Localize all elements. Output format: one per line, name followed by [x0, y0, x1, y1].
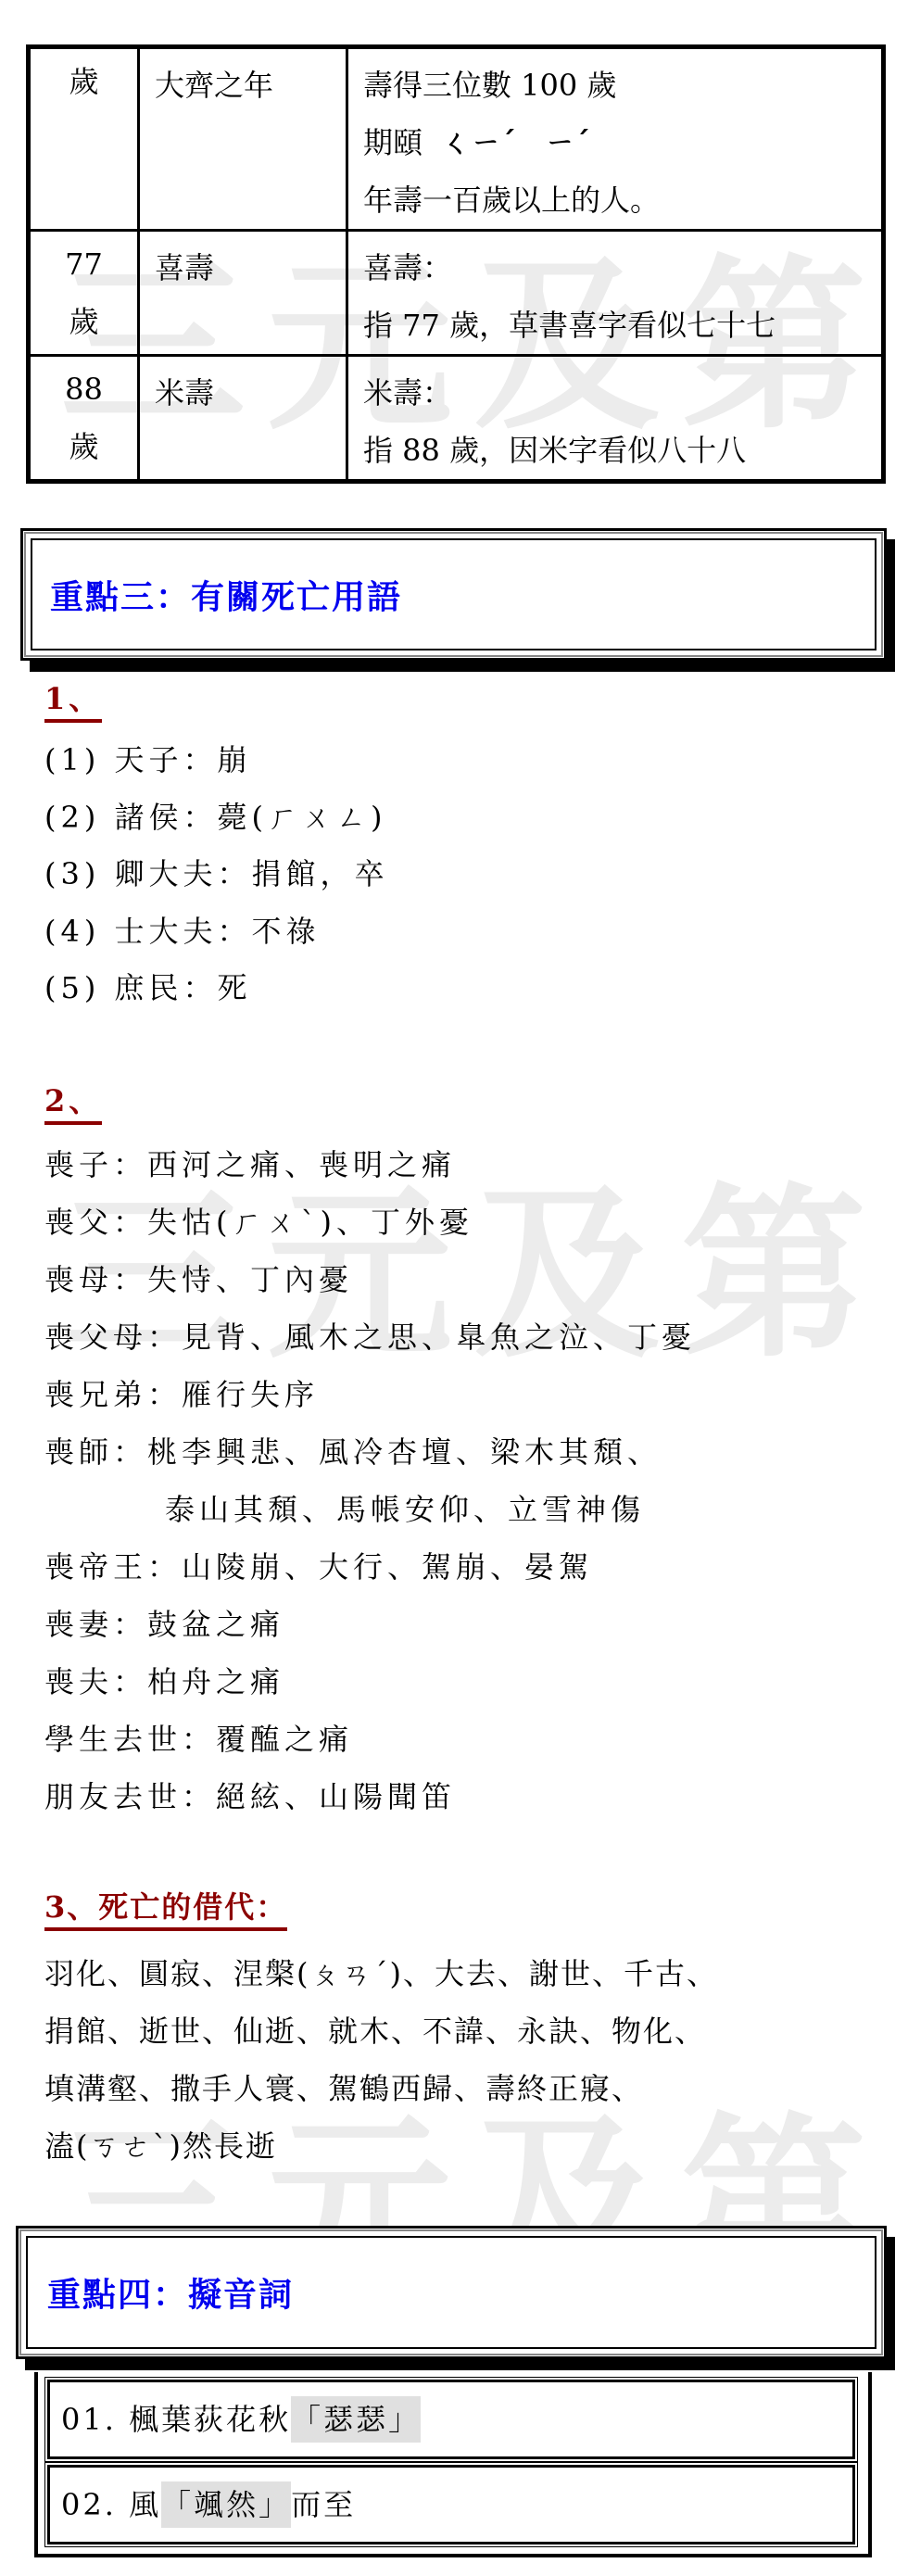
list-item: 學生去世：覆醢之痛 [44, 1721, 353, 1758]
list-item: (2) 諸侯：薨(ㄏㄨㄥ) [44, 799, 386, 836]
name-cell: 米壽 [139, 356, 347, 482]
age-text: 77 [40, 235, 128, 293]
name-cell: 喜壽 [139, 231, 347, 356]
desc-line: 指 77 歲，草書喜字看似七十七 [363, 297, 870, 354]
table-row: 77 歲 喜壽 喜壽： 指 77 歲，草書喜字看似七十七 [29, 231, 884, 356]
section-header-box: 重點三：有關死亡用語 [20, 528, 887, 661]
list-item: 02. 風「颯然」而至 [47, 2465, 855, 2544]
list-item: (5) 庶民：死 [44, 969, 252, 1006]
list-item: 朋友去世：絕絃、山陽聞笛 [44, 1778, 456, 1815]
age-cell: 歲 [29, 47, 139, 231]
watermark-char: 第 [676, 1179, 871, 1373]
section-header-box: 重點四：擬音詞 [16, 2226, 887, 2359]
list-item: 喪妻：鼓盆之痛 [44, 1606, 284, 1643]
name-text: 大齊之年 [155, 57, 334, 114]
list-item: (4) 士大夫：不祿 [44, 913, 321, 950]
list-item: 喪母：失恃、丁內憂 [44, 1261, 353, 1298]
desc-line: 壽得三位數 100 歲 [363, 57, 870, 114]
subheading: 2、 [44, 1082, 102, 1125]
name-cell: 大齊之年 [139, 47, 347, 231]
subheading: 3、死亡的借代： [44, 1888, 287, 1931]
list-item: 喪父：失怙(ㄏㄨˋ)、丁外憂 [44, 1204, 473, 1241]
item-prefix: 02. 風 [61, 2487, 161, 2522]
item-prefix: 01. 楓葉荻花秋 [61, 2402, 291, 2437]
list-item: (1) 天子：崩 [44, 741, 252, 778]
age-text: 歲 [40, 293, 128, 350]
desc-cell: 米壽： 指 88 歲，因米字看似八十八 [347, 356, 884, 482]
list-item: (3) 卿大夫：捐館，卒 [44, 855, 389, 892]
list-item: 喪帝王：山陵崩、大行、駕崩、晏駕 [44, 1548, 593, 1585]
list-item: 喪師：桃李興悲、風冷杏壇、梁木其頹、 [44, 1433, 662, 1471]
bopomofo-annotation: ㄑㄧˊ ㄧˊ [441, 125, 589, 160]
list-item: 喪父母：見背、風木之思、臯魚之泣、丁憂 [44, 1319, 696, 1356]
section-title: 重點四：擬音詞 [47, 2269, 294, 2317]
age-cell: 88 歲 [29, 356, 139, 482]
item-text: 02. 風「颯然」而至 [61, 2484, 356, 2525]
table-row: 88 歲 米壽 米壽： 指 88 歲，因米字看似八十八 [29, 356, 884, 482]
paragraph-line: 填溝壑、撒手人寰、駕鶴西歸、壽終正寢、 [44, 2070, 643, 2107]
list-item: 01. 楓葉荻花秋「瑟瑟」 [47, 2380, 855, 2459]
desc-cell: 壽得三位數 100 歲 期頤 ㄑㄧˊ ㄧˊ 年壽一百歲以上的人。 [347, 47, 884, 231]
name-text: 喜壽 [155, 239, 334, 297]
paragraph-line: 羽化、圓寂、涅槃(ㄆㄢˊ)、大去、謝世、千古、 [44, 1955, 718, 1992]
age-text: 88 [40, 360, 128, 418]
list-item-continuation: 泰山其頹、馬帳安仰、立雪神傷 [165, 1491, 645, 1528]
desc-line: 米壽： [363, 364, 870, 422]
table-row: 歲 大齊之年 壽得三位數 100 歲 期頤 ㄑㄧˊ ㄧˊ 年壽一百歲以上的人。 [29, 47, 884, 231]
item-text: 01. 楓葉荻花秋「瑟瑟」 [61, 2399, 421, 2440]
list-item: 喪兄弟：雁行失序 [44, 1376, 319, 1413]
age-text: 歲 [40, 53, 128, 110]
item-suffix: 而至 [291, 2487, 356, 2522]
highlighted-word: 「瑟瑟」 [291, 2396, 421, 2443]
list-item: 喪子：西河之痛、喪明之痛 [44, 1146, 456, 1183]
onomatopoeia-list: 01. 楓葉荻花秋「瑟瑟」 02. 風「颯然」而至 [34, 2372, 872, 2557]
highlighted-word: 「颯然」 [161, 2481, 291, 2528]
age-text: 歲 [40, 418, 128, 475]
desc-line: 喜壽： [363, 239, 870, 297]
paragraph-line: 溘(ㄎㄜˋ)然長逝 [44, 2128, 277, 2165]
desc-cell: 喜壽： 指 77 歲，草書喜字看似七十七 [347, 231, 884, 356]
desc-word: 期頤 [363, 125, 422, 160]
desc-line: 年壽一百歲以上的人。 [363, 171, 870, 229]
age-table: 歲 大齊之年 壽得三位數 100 歲 期頤 ㄑㄧˊ ㄧˊ 年壽一百歲以上的人。 … [26, 44, 886, 484]
desc-line: 期頤 ㄑㄧˊ ㄧˊ [363, 114, 870, 171]
list-item: 喪夫：柏舟之痛 [44, 1663, 284, 1700]
name-text: 米壽 [155, 364, 334, 422]
section-title: 重點三：有關死亡用語 [50, 571, 402, 618]
age-cell: 77 歲 [29, 231, 139, 356]
subheading: 1、 [44, 680, 102, 723]
paragraph-line: 捐館、逝世、仙逝、就木、不諱、永訣、物化、 [44, 2013, 706, 2050]
desc-line: 指 88 歲，因米字看似八十八 [363, 422, 870, 479]
